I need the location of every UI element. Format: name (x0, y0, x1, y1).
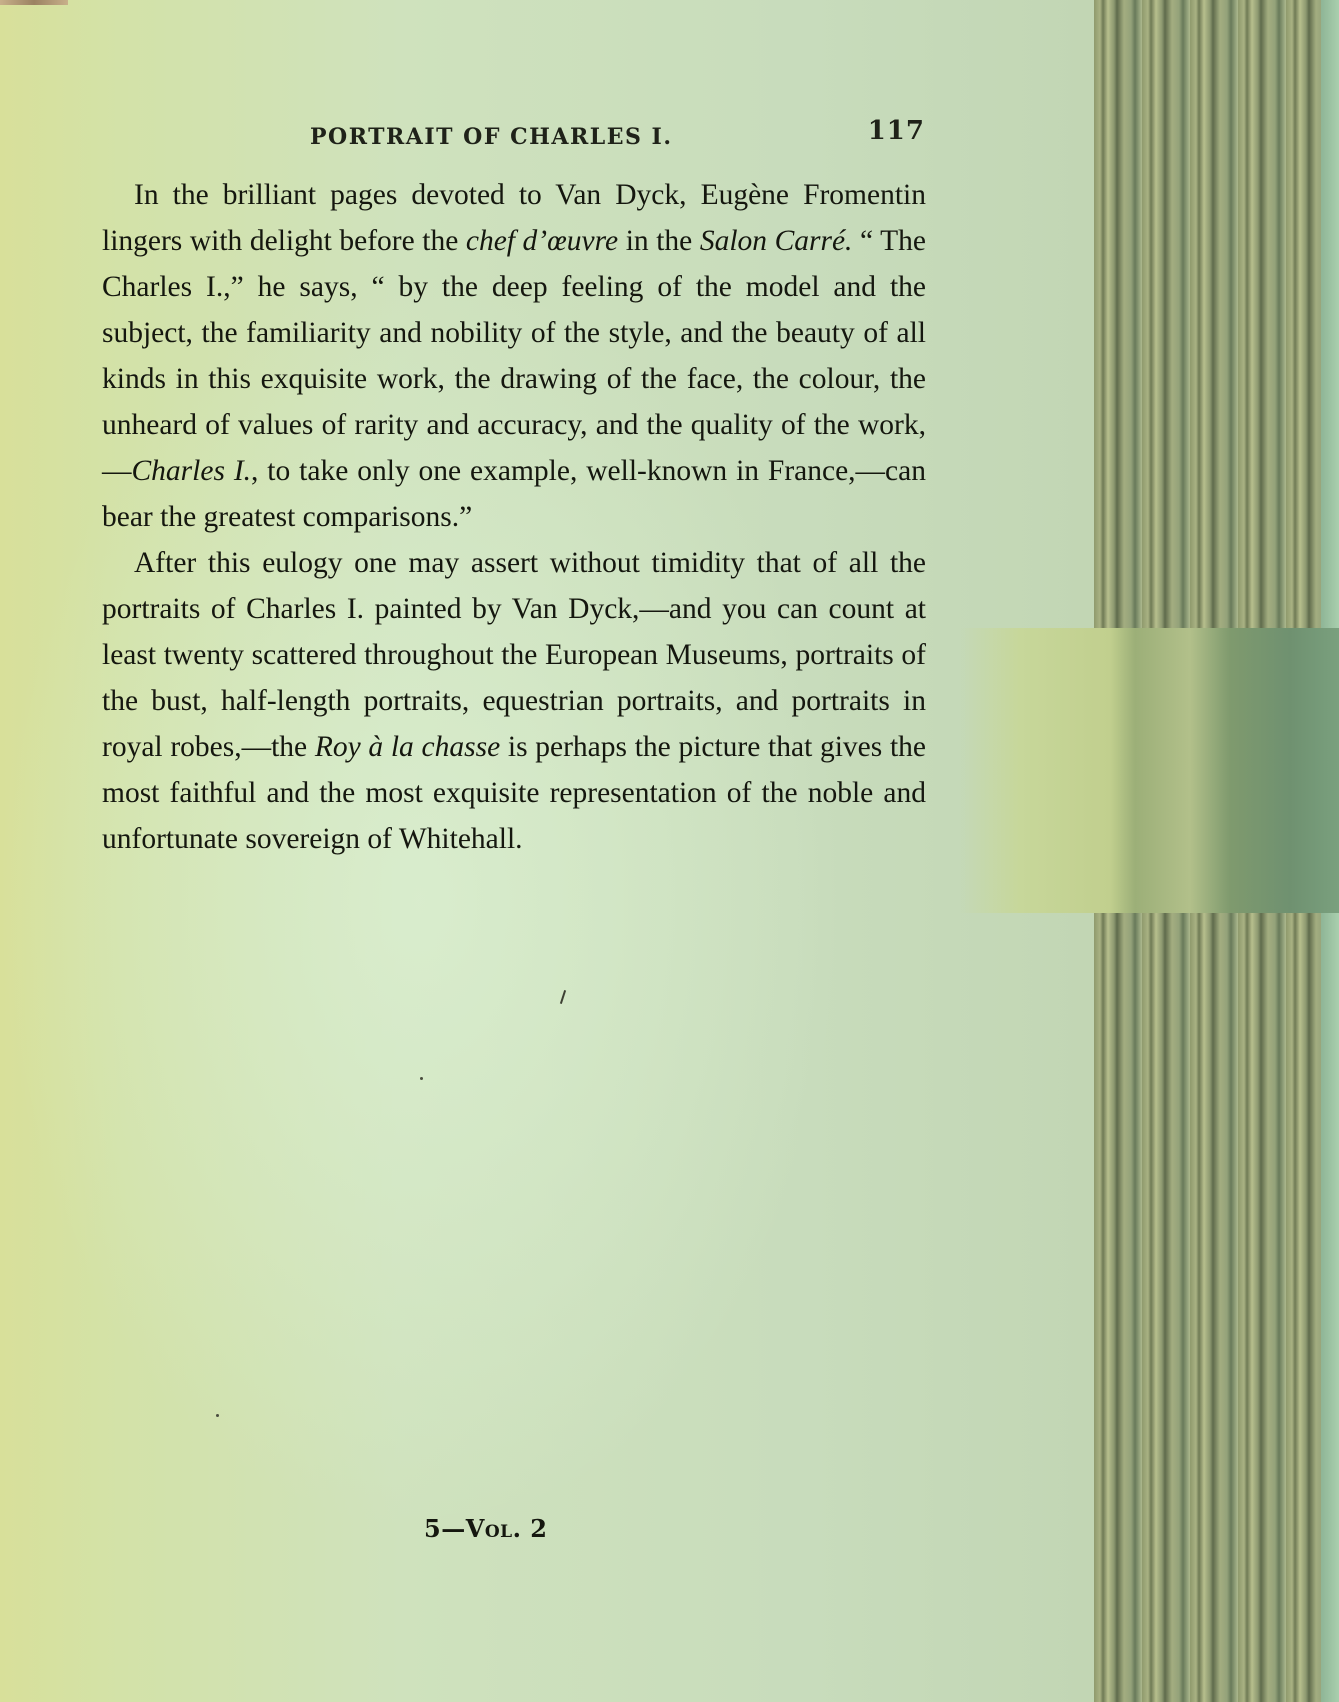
ink-mark (560, 990, 566, 1004)
running-header: PORTRAIT OF CHARLES I. 117 (310, 116, 925, 156)
body-text: In the brilliant pages devoted to Van Dy… (102, 172, 926, 862)
book-page: PORTRAIT OF CHARLES I. 117 In the brilli… (0, 0, 1094, 1702)
text-run: “ The Charles I.,” he says, “ by the dee… (102, 225, 926, 487)
signature-label: Vol. (466, 1514, 522, 1543)
italic-run: Charles I. (132, 455, 252, 487)
paper-speck (420, 1077, 423, 1080)
signature-number: 5— (424, 1514, 466, 1543)
paragraph-1: In the brilliant pages devoted to Van Dy… (102, 172, 926, 540)
page-number: 117 (868, 116, 925, 146)
paragraph-2: After this eulogy one may assert without… (102, 540, 926, 862)
italic-run: Salon Carré. (700, 225, 853, 257)
text-run: in the (618, 225, 700, 257)
scan-artifact-strip (0, 0, 68, 5)
italic-run: chef d’œuvre (466, 225, 618, 257)
paper-speck (216, 1414, 219, 1417)
italic-run: Roy à la chasse (315, 731, 500, 763)
signature-volume: 2 (521, 1514, 547, 1543)
blurred-edge-band (960, 628, 1339, 913)
running-head-title: PORTRAIT OF CHARLES I. (310, 124, 672, 150)
signature-mark: 5—Vol. 2 (424, 1514, 548, 1543)
